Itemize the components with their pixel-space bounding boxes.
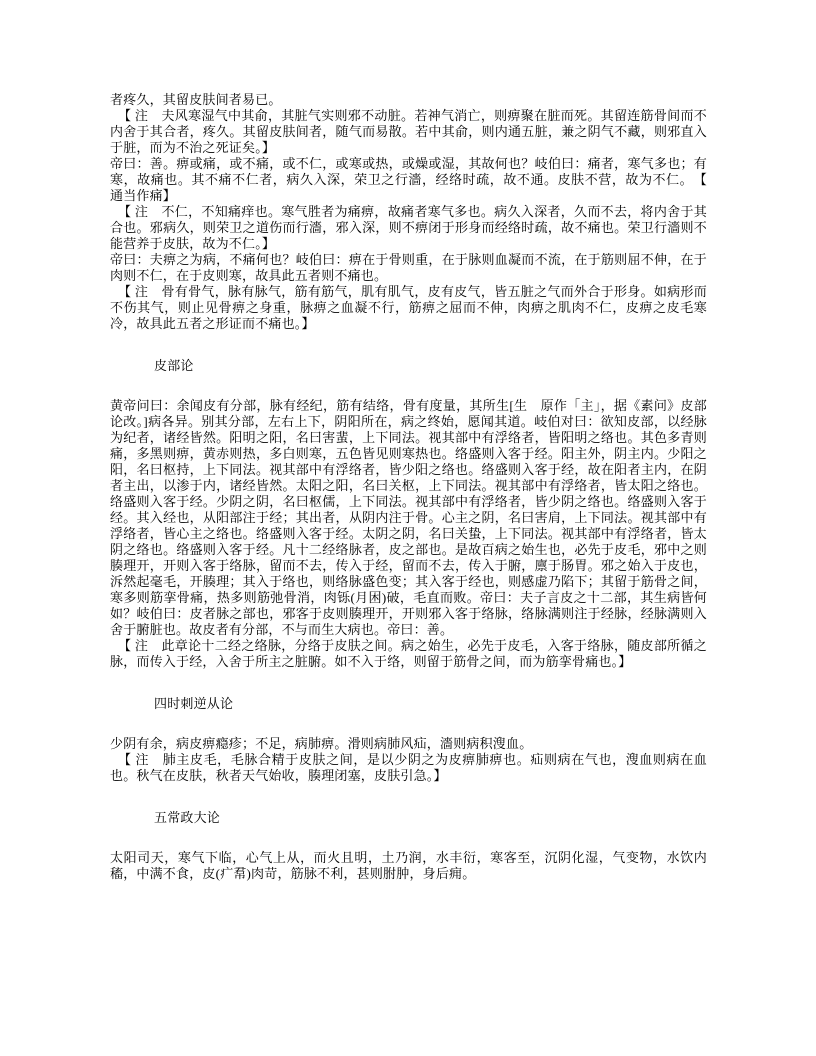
heading-wuchangzhengda-lun: 五常政大论 (110, 810, 707, 826)
body-paragraph-bi-pain-dialogue: 帝曰：善。痹或痛，或不痛，或不仁，或寒或热，或燥或湿，其故何也？岐伯曰：痛者，寒… (110, 156, 707, 204)
body-paragraph-continuation: 者疼久，其留皮肤间者易已。 (110, 92, 707, 108)
body-paragraph-shaoyin: 少阴有余，病皮痹瘾疹；不足，病肺痹。滑则病肺风疝，濇则病积溲血。 (110, 736, 707, 752)
note-paragraph-five-qi: 【 注 骨有骨气，脉有脉气，筋有筋气，肌有肌气，皮有皮气，皆五脏之气而外合于形身… (110, 284, 707, 332)
body-paragraph-pibulun-main: 黄帝问曰：余闻皮有分部，脉有经纪，筋有结络，骨有度量，其所生[生 原作「主」，据… (110, 398, 707, 638)
body-paragraph-five-locations: 帝曰：夫痹之为病，不痛何也？岐伯曰：痹在于骨则重，在于脉则血凝而不流，在于筋则屈… (110, 252, 707, 284)
document-page: 者疼久，其留皮肤间者易已。 【 注 夫风寒湿气中其俞，其脏气实则邪不动脏。若神气… (0, 0, 816, 1056)
note-paragraph-buren: 【 注 不仁，不知痛痒也。寒气胜者为痛痹，故痛者寒气多也。病久入深者，久而不去，… (110, 204, 707, 252)
heading-sishicinicong-lun: 四时刺逆从论 (110, 696, 707, 712)
note-paragraph-bi-syndrome: 【 注 夫风寒湿气中其俞，其脏气实则邪不动脏。若神气消亡，则痹聚在脏而死。其留连… (110, 108, 707, 156)
heading-pibulun: 皮部论 (110, 358, 707, 374)
note-paragraph-feizhupimao: 【 注 肺主皮毛，毛脉合精于皮肤之间，是以少阴之为皮痹肺痹也。疝则病在气也，溲血… (110, 752, 707, 784)
body-paragraph-taiyang-sitian: 太阳司天，寒气下临，心气上从，而火且明，土乃润，水丰衍，寒客至，沉阴化湿，气变物… (110, 850, 707, 882)
note-paragraph-pibulun: 【 注 此章论十二经之络脉，分络于皮肤之间。病之始生，必先于皮毛，入客于络脉，随… (110, 638, 707, 670)
